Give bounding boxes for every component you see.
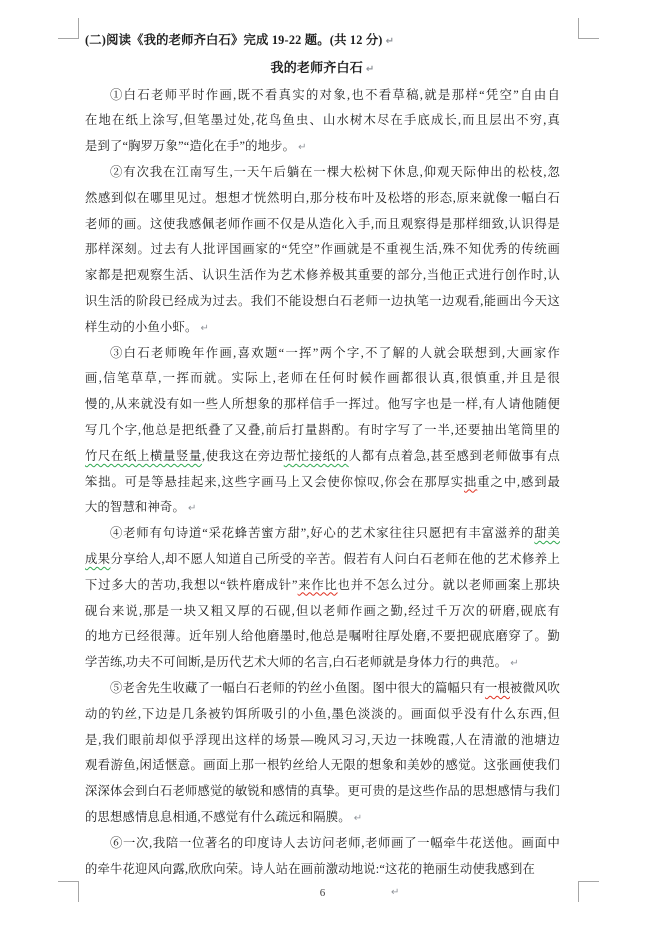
spellcheck-green-underline-text: 竹尺在纸上横量竖量 xyxy=(85,449,202,463)
text-line: ①白石老师平时作画,既不看真实的对象,也不看草稿,就是那样“凭空”自由自 xyxy=(85,83,560,109)
spellcheck-red-underline-text: 来作比 xyxy=(298,578,338,592)
text-line: ⑤老舍先生收藏了一幅白石老师的钓丝小鱼图。图中很大的篇幅只有一根被微风吹 xyxy=(85,676,560,702)
crop-mark-bottom-right-icon xyxy=(578,881,599,902)
text-line: 下过多大的苦功,我想以“铁杵磨成针”来作比也并不怎么过分。就以老师画案上那块 xyxy=(85,573,560,599)
text-segment: ④老师有句诗道“采花蜂苦蜜方甜”,好心的艺术家往往只愿把有丰富滋养的 xyxy=(110,526,534,540)
text-segment: 下过多大的苦功,我想以“铁杵磨成针” xyxy=(85,578,298,592)
text-segment: 重之中,感到最 xyxy=(477,475,560,489)
text-segment: 在地在纸上涂写,但笔墨过处,花鸟鱼虫、山水树木尽在手底成长,而且层出不穷,真 xyxy=(85,113,560,127)
paragraph-mark-icon: ↵ xyxy=(383,36,395,47)
text-segment: 动的钓丝,下边是几条被钓饵所吸引的小鱼,墨色淡淡的。画面似乎没有什么东西,但 xyxy=(85,707,560,721)
text-segment: 分享给人,却不愿人知道自己所受的辛苦。假若有人问白石老师在他的艺术修养上 xyxy=(111,552,561,566)
text-segment: 也并不怎么过分。就以老师画案上那块 xyxy=(338,578,560,592)
text-segment: ⑥一次,我陪一位著名的印度诗人去访问老师,老师画了一幅牵牛花送他。画面中 xyxy=(110,836,560,850)
text-segment: 家都是把观察生活、认识生活作为艺术修养极其重要的部分,当他正式进行创作时,认 xyxy=(85,268,560,282)
text-segment: 砚台来说,那是一块又粗又厚的石砚,但以老师作画之勤,经过千万次的研磨,砚底有 xyxy=(85,604,560,618)
paragraph-mark-icon: ↵ xyxy=(295,142,307,153)
essay-body: ①白石老师平时作画,既不看真实的对象,也不看草稿,就是那样“凭空”自由自在地在纸… xyxy=(85,83,560,883)
text-line: ④老师有句诗道“采花蜂苦蜜方甜”,好心的艺术家往往只愿把有丰富滋养的甜美 xyxy=(85,521,560,547)
page-footer: 6 xyxy=(85,884,560,902)
text-line: 老师的画。这使我感佩老师作画不仅是从造化入手,而且观察得是那样细致,认识得是 xyxy=(85,212,560,238)
text-line: 家都是把观察生活、认识生活作为艺术修养极其重要的部分,当他正式进行创作时,认 xyxy=(85,263,560,289)
section-heading: (二)阅读《我的老师齐白石》完成 19-22 题。(共 12 分)↵ xyxy=(85,28,560,55)
text-line: 样生动的小鱼小虾。↵ xyxy=(85,315,560,341)
paragraph-mark-icon: ↵ xyxy=(363,64,375,75)
text-segment: ③白石老师晚年作画,喜欢题“一挥”两个字,不了解的人就会联想到,大画家作 xyxy=(110,346,560,360)
text-segment: 然感到似在哪里见过。想想才恍然明白,那分枝布叶及松塔的形态,原来就像一幅白石 xyxy=(85,191,560,205)
text-line: 识生活的阶段已经成为过去。我们不能设想白石老师一边执笔一边观看,能画出今天这 xyxy=(85,289,560,315)
crop-mark-top-left-icon xyxy=(58,18,79,39)
text-line: 大的智慧和神奇。↵ xyxy=(85,495,560,521)
document-content: (二)阅读《我的老师齐白石》完成 19-22 题。(共 12 分)↵ 我的老师齐… xyxy=(85,28,560,882)
text-segment: 画,信笔草草,一挥而就。实际上,老师在任何时候作画都很认真,很慎重,并且是很 xyxy=(85,371,560,385)
text-line: 慢的,从来就没有如一些人所想象的那样信手一挥过。他写字也是一样,有人请他随便 xyxy=(85,392,560,418)
spellcheck-green-underline-text: 帮忙接纸的 xyxy=(284,449,349,463)
text-segment: 是,我们眼前却似乎浮现出这样的场景—晚风习习,天边一抹晚霞,人在清澈的池塘边 xyxy=(85,733,560,747)
text-line: 那样深刻。过去有人批评国画家的“凭空”作画就是不重视生活,殊不知优秀的传统画 xyxy=(85,237,560,263)
text-segment: 老师的画。这使我感佩老师作画不仅是从造化入手,而且观察得是那样细致,认识得是 xyxy=(85,217,560,231)
text-segment: 深深体会到白石老师感觉的敏锐和感情的真挚。更可贵的是这些作品的思想感情与我们 xyxy=(85,784,560,798)
text-line: 然感到似在哪里见过。想想才恍然明白,那分枝布叶及松塔的形态,原来就像一幅白石 xyxy=(85,186,560,212)
text-line: ⑥一次,我陪一位著名的印度诗人去访问老师,老师画了一幅牵牛花送他。画面中 xyxy=(85,831,560,857)
text-segment: 大的智慧和神奇。 xyxy=(85,500,185,514)
text-line: 砚台来说,那是一块又粗又厚的石砚,但以老师作画之勤,经过千万次的研磨,砚底有 xyxy=(85,599,560,625)
text-segment: 学苦练,功夫不可间断,是历代艺术大师的名言,白石老师就是身体力行的典范。 xyxy=(85,655,507,669)
spellcheck-red-underline-text: 一根 xyxy=(485,681,510,695)
text-segment: 被微风吹 xyxy=(510,681,560,695)
text-line: 在地在纸上涂写,但笔墨过处,花鸟鱼虫、山水树木尽在手底成长,而且层出不穷,真 xyxy=(85,108,560,134)
text-line: 动的钓丝,下边是几条被钓饵所吸引的小鱼,墨色淡淡的。画面似乎没有什么东西,但 xyxy=(85,702,560,728)
text-line: 是到了“胸罗万象”“造化在手”的地步。↵ xyxy=(85,134,560,160)
text-line: 学苦练,功夫不可间断,是历代艺术大师的名言,白石老师就是身体力行的典范。↵ xyxy=(85,650,560,676)
text-line: 是,我们眼前却似乎浮现出这样的场景—晚风习习,天边一抹晚霞,人在清澈的池塘边 xyxy=(85,728,560,754)
text-line: 的思想感情息息相通,不感觉有什么疏远和隔膜。↵ xyxy=(85,805,560,831)
text-segment: ,使我这在旁边 xyxy=(202,449,284,463)
crop-mark-top-right-icon xyxy=(578,18,599,39)
text-line: 观看游鱼,闲适惬意。画面上那一根钓丝给人无限的想象和美妙的感觉。这张画使我们 xyxy=(85,753,560,779)
text-segment: 是到了“胸罗万象”“造化在手”的地步。 xyxy=(85,139,295,153)
text-segment: 的思想感情息息相通,不感觉有什么疏远和隔膜。 xyxy=(85,810,351,824)
text-segment: ②有次我在江南写生,一天午后躺在一棵大松树下休息,仰观天际伸出的松枝,忽 xyxy=(110,165,560,179)
text-line: ③白石老师晚年作画,喜欢题“一挥”两个字,不了解的人就会联想到,大画家作 xyxy=(85,341,560,367)
paragraph-mark-icon: ↵ xyxy=(388,884,399,902)
exam-page: (二)阅读《我的老师齐白石》完成 19-22 题。(共 12 分)↵ 我的老师齐… xyxy=(0,0,646,941)
text-line: 的地方已经很薄。近年别人给他磨墨时,他总是嘱咐往厚处磨,不要把砚底磨穿了。勤 xyxy=(85,624,560,650)
text-segment: ①白石老师平时作画,既不看真实的对象,也不看草稿,就是那样“凭空”自由自 xyxy=(110,88,560,102)
text-line: ②有次我在江南写生,一天午后躺在一棵大松树下休息,仰观天际伸出的松枝,忽 xyxy=(85,160,560,186)
text-line: 写几个字,他总是把纸叠了又叠,前后打量斟酌。有时字写了一半,还要抽出笔筒里的 xyxy=(85,418,560,444)
page-number: 6 xyxy=(320,887,326,899)
essay-title-text: 我的老师齐白石 xyxy=(271,60,363,75)
spellcheck-red-underline-text: 拙 xyxy=(464,475,477,489)
text-segment: 笨拙。可是等悬挂起来,这些字画马上又会使你惊叹,你会在那厚实 xyxy=(85,475,464,489)
text-segment: 观看游鱼,闲适惬意。画面上那一根钓丝给人无限的想象和美妙的感觉。这张画使我们 xyxy=(85,758,560,772)
text-segment: 那样深刻。过去有人批评国画家的“凭空”作画就是不重视生活,殊不知优秀的传统画 xyxy=(85,242,560,256)
text-line: 笨拙。可是等悬挂起来,这些字画马上又会使你惊叹,你会在那厚实拙重之中,感到最 xyxy=(85,470,560,496)
text-line: 竹尺在纸上横量竖量,使我这在旁边帮忙接纸的人都有点着急,甚至感到老师做事有点 xyxy=(85,444,560,470)
spellcheck-green-underline-text: 成果 xyxy=(85,552,111,566)
text-segment: 识生活的阶段已经成为过去。我们不能设想白石老师一边执笔一边观看,能画出今天这 xyxy=(85,294,560,308)
text-segment: 写几个字,他总是把纸叠了又叠,前后打量斟酌。有时字写了一半,还要抽出笔筒里的 xyxy=(85,423,560,437)
text-segment: ⑤老舍先生收藏了一幅白石老师的钓丝小鱼图。图中很大的篇幅只有 xyxy=(110,681,485,695)
paragraph-mark-icon: ↵ xyxy=(197,323,209,334)
text-segment: 的牵牛花迎风向露,欣欣向荣。诗人站在画前激动地说:“这花的艳丽生动使我感到在 xyxy=(85,862,535,876)
text-segment: 慢的,从来就没有如一些人所想象的那样信手一挥过。他写字也是一样,有人请他随便 xyxy=(85,397,560,411)
text-line: 深深体会到白石老师感觉的敏锐和感情的真挚。更可贵的是这些作品的思想感情与我们 xyxy=(85,779,560,805)
paragraph-mark-icon: ↵ xyxy=(185,503,197,514)
paragraph-mark-icon: ↵ xyxy=(351,813,363,824)
text-segment: 人都有点着急,甚至感到老师做事有点 xyxy=(349,449,560,463)
text-line: 画,信笔草草,一挥而就。实际上,老师在任何时候作画都很认真,很慎重,并且是很 xyxy=(85,366,560,392)
text-segment: 的地方已经很薄。近年别人给他磨墨时,他总是嘱咐往厚处磨,不要把砚底磨穿了。勤 xyxy=(85,629,560,643)
crop-mark-bottom-left-icon xyxy=(58,881,79,902)
spellcheck-green-underline-text: 甜美 xyxy=(534,526,560,540)
essay-title: 我的老师齐白石↵ xyxy=(85,55,560,83)
text-segment: 样生动的小鱼小虾。 xyxy=(85,320,197,334)
paragraph-mark-icon: ↵ xyxy=(507,658,519,669)
text-line: 的牵牛花迎风向露,欣欣向荣。诗人站在画前激动地说:“这花的艳丽生动使我感到在 xyxy=(85,857,560,883)
section-heading-text: (二)阅读《我的老师齐白石》完成 19-22 题。(共 12 分) xyxy=(85,33,383,47)
text-line: 成果分享给人,却不愿人知道自己所受的辛苦。假若有人问白石老师在他的艺术修养上 xyxy=(85,547,560,573)
